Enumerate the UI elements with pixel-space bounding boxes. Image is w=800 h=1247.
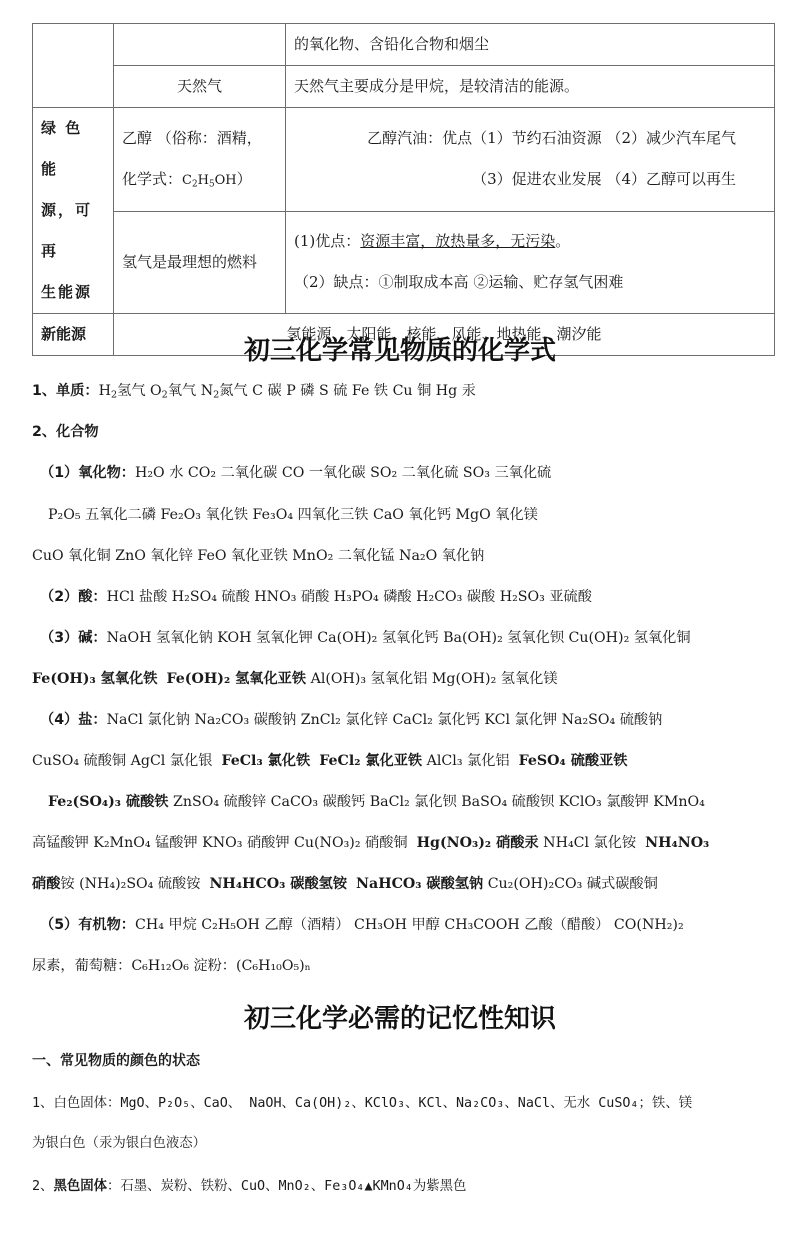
bold-compound: Fe₂(SO₄)₃ 硫酸铁 [48,794,169,810]
table-cell-empty [114,24,286,66]
hydrogen-cons: （2）缺点：①制取成本高 ②运输、贮存氢气困难 [294,262,766,303]
pros-label: (1)优点： [294,232,360,250]
gasoline-line1: 乙醇汽油：优点（1）节约石油资源 （2）减少汽车尾气 [294,118,736,159]
bold-compound: Hg(NO₃)₂ 硝酸汞 [417,835,539,851]
oxides-text: H₂O 水 CO₂ 二氧化碳 CO 一氧化碳 SO₂ 二氧化硫 SO₃ 三氧化硫 [135,465,551,481]
bold-compound: NaHCO₃ 碳酸氢钠 [356,876,483,892]
acids-line: （2）酸：HCl 盐酸 H₂SO₄ 硫酸 HNO₃ 硝酸 H₃PO₄ 磷酸 H₂… [40,587,592,607]
bold-compound: FeSO₄ 硫酸亚铁 [519,753,628,769]
formula-suffix: ） [237,170,252,188]
salts-line1: （4）盐：NaCl 氯化钠 Na₂CO₃ 碳酸钠 ZnCl₂ 氯化锌 CaCl₂… [40,710,662,730]
acids-label: （2）酸： [40,589,107,605]
bases-rest: Al(OH)₃ 氢氧化铝 Mg(OH)₂ 氢氧化镁 [311,671,558,687]
elements-label: 1、单质： [32,383,99,399]
ethanol-line2: 化学式：C2H5OH） [122,159,277,201]
table-row: 氢气是最理想的燃料 (1)优点：资源丰富，放热量多，无污染。 （2）缺点：①制取… [33,211,775,313]
bold-compound: NH₄NO₃ [645,835,709,851]
table-cell: 的氧化物、含铅化合物和烟尘 [286,24,775,66]
salts-text: 铵 (NH₄)₂SO₄ 硫酸铵 [60,876,200,892]
salts-text: 高锰酸钾 K₂MnO₄ 锰酸钾 KNO₃ 硝酸钾 Cu(NO₃)₂ 硝酸铜 [32,835,408,851]
label-line: 源，可再 [41,190,105,272]
oxides-line1: （1）氧化物：H₂O 水 CO₂ 二氧化碳 CO 一氧化碳 SO₂ 二氧化硫 S… [40,463,551,483]
salts-text: CuSO₄ 硫酸铜 AgCl 氯化银 [32,753,212,769]
ethanol-line1: 乙醇 （俗称：酒精， [122,118,277,159]
label-line: 绿 色 能 [41,108,105,190]
gasoline-line2: （3）促进农业发展 （4）乙醇可以再生 [294,159,736,200]
bold-compound: NH₄HCO₃ 碳酸氢铵 [209,876,347,892]
salts-text: NaCl 氯化钠 Na₂CO₃ 碳酸钠 ZnCl₂ 氯化锌 CaCl₂ 氯化钙 … [107,712,663,728]
salts-line2: CuSO₄ 硫酸铜 AgCl 氯化银 FeCl₃ 氯化铁 FeCl₂ 氯化亚铁 … [32,751,627,771]
organics-label: （5）有机物： [40,917,135,933]
bold-compound: Fe(OH)₂ 氢氧化亚铁 [166,671,306,687]
label-line: 生能源 [41,272,105,313]
energy-table: 的氧化物、含铅化合物和烟尘 天然气 天然气主要成分是甲烷，是较清洁的能源。 绿 … [32,23,775,356]
compounds-heading: 2、化合物 [32,422,99,442]
salts-line4: 高锰酸钾 K₂MnO₄ 锰酸钾 KNO₃ 硝酸钾 Cu(NO₃)₂ 硝酸铜 Hg… [32,833,709,853]
heading-colors-states: 一、常见物质的颜色的状态 [32,1051,200,1071]
organics-line1: （5）有机物：CH₄ 甲烷 C₂H₅OH 乙醇（酒精） CH₃OH 甲醇 CH₃… [40,915,684,935]
hydrogen-pros: (1)优点：资源丰富，放热量多，无污染。 [294,221,766,262]
table-cell: 氢气是最理想的燃料 [114,211,286,313]
black-solids-label: 黑色固体 [53,1179,107,1194]
item-number: 2、 [32,1179,53,1194]
table-cell: 天然气主要成分是甲烷，是较清洁的能源。 [286,66,775,108]
salts-line3: Fe₂(SO₄)₃ 硫酸铁 ZnSO₄ 硫酸锌 CaCO₃ 碳酸钙 BaCl₂ … [48,792,705,812]
salts-text: NH₄Cl 氯化铵 [543,835,636,851]
table-cell-hydrogen: (1)优点：资源丰富，放热量多，无污染。 （2）缺点：①制取成本高 ②运输、贮存… [286,211,775,313]
bases-line2: Fe(OH)₃ 氢氧化铁 Fe(OH)₂ 氢氧化亚铁 Al(OH)₃ 氢氧化铝 … [32,669,558,689]
bold-compound: FeCl₂ 氯化亚铁 [319,753,422,769]
bases-line1: （3）碱：NaOH 氢氧化钠 KOH 氢氧化钾 Ca(OH)₂ 氢氧化钙 Ba(… [40,628,691,648]
table-row: 的氧化物、含铅化合物和烟尘 [33,24,775,66]
black-solids-line: 2、黑色固体：石墨、炭粉、铁粉、CuO、MnO₂、Fe₃O₄▲KMnO₄为紫黑色 [32,1177,466,1197]
table-row: 天然气 天然气主要成分是甲烷，是较清洁的能源。 [33,66,775,108]
green-energy-label: 绿 色 能 源，可再 生能源 [33,108,114,314]
bases-label: （3）碱： [40,630,107,646]
table-row: 绿 色 能 源，可再 生能源 乙醇 （俗称：酒精， 化学式：C2H5OH） 乙醇… [33,108,775,212]
bold-compound: 硝酸 [32,876,60,892]
table-cell-empty [33,24,114,108]
bases-text: NaOH 氢氧化钠 KOH 氢氧化钾 Ca(OH)₂ 氢氧化钙 Ba(OH)₂ … [107,630,691,646]
organics-text: CH₄ 甲烷 C₂H₅OH 乙醇（酒精） CH₃OH 甲醇 CH₃COOH 乙酸… [135,917,684,933]
elements-items: H2氢气 O2氧气 N2氮气 C 碳 P 磷 S 硫 Fe 铁 Cu 铜 Hg … [99,383,476,399]
salts-text: Cu₂(OH)₂CO₃ 碱式碳酸铜 [488,876,658,892]
section-title-memory: 初三化学必需的记忆性知识 [0,998,800,1035]
table-cell-ethanol-gasoline: 乙醇汽油：优点（1）节约石油资源 （2）减少汽车尾气 （3）促进农业发展 （4）… [286,108,775,212]
salts-text: AlCl₃ 氯化铝 [427,753,510,769]
white-solids-line2: 为银白色（汞为银白色液态） [32,1134,206,1154]
ethanol-formula: C2H5OH [182,173,237,188]
oxides-line3: CuO 氧化铜 ZnO 氧化锌 FeO 氧化亚铁 MnO₂ 二氧化锰 Na₂O … [32,546,484,566]
salts-label: （4）盐： [40,712,107,728]
pros-suffix: 。 [555,232,570,250]
table-cell-ethanol: 乙醇 （俗称：酒精， 化学式：C2H5OH） [114,108,286,212]
salts-text: ZnSO₄ 硫酸锌 CaCO₃ 碳酸钙 BaCl₂ 氯化钡 BaSO₄ 硫酸钡 … [173,794,705,810]
bold-compound: Fe(OH)₃ 氢氧化铁 [32,671,157,687]
white-solids-line1: 1、白色固体：MgO、P₂O₅、CaO、 NaOH、Ca(OH)₂、KClO₃、… [32,1094,692,1114]
elements-line: 1、单质：H2氢气 O2氧气 N2氮气 C 碳 P 磷 S 硫 Fe 铁 Cu … [32,381,476,401]
black-solids-text: ：石墨、炭粉、铁粉、CuO、MnO₂、Fe₃O₄▲KMnO₄为紫黑色 [107,1179,466,1194]
salts-line5: 硝酸铵 (NH₄)₂SO₄ 硫酸铵 NH₄HCO₃ 碳酸氢铵 NaHCO₃ 碳酸… [32,874,658,894]
oxides-label: （1）氧化物： [40,465,135,481]
pros-text: 资源丰富，放热量多，无污染 [360,232,555,250]
organics-line2: 尿素，葡萄糖：C₆H₁₂O₆ 淀粉：(C₆H₁₀O₅)ₙ [32,956,311,976]
table-cell: 天然气 [114,66,286,108]
oxides-line2: P₂O₅ 五氧化二磷 Fe₂O₃ 氧化铁 Fe₃O₄ 四氧化三铁 CaO 氧化钙… [48,505,538,525]
section-title-formulas: 初三化学常见物质的化学式 [0,330,800,367]
compounds-label: 2、化合物 [32,424,99,440]
formula-prefix: 化学式： [122,170,182,188]
bold-compound: FeCl₃ 氯化铁 [221,753,310,769]
acids-text: HCl 盐酸 H₂SO₄ 硫酸 HNO₃ 硝酸 H₃PO₄ 磷酸 H₂CO₃ 碳… [107,589,592,605]
